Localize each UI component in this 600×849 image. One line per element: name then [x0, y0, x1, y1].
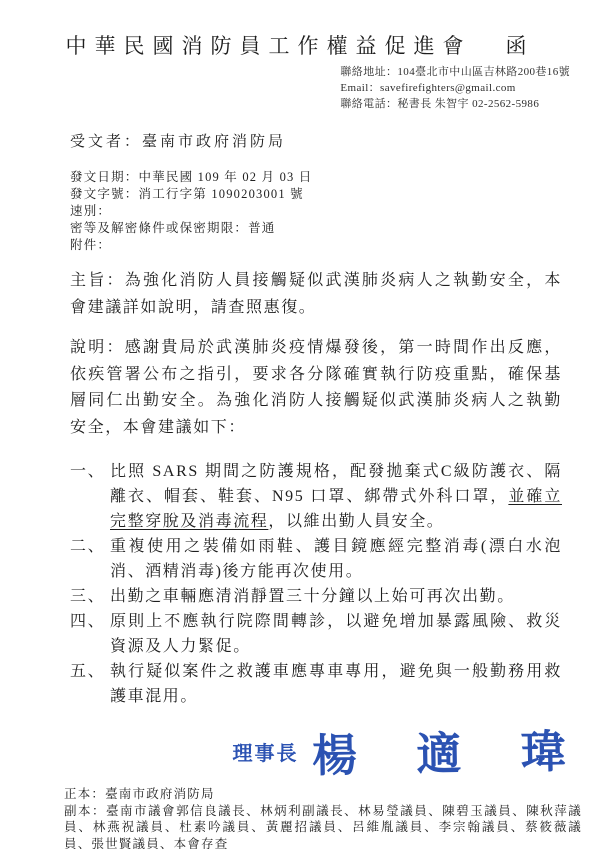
signature-title: 理事長: [232, 737, 298, 766]
list-item-text: 出勤之車輛應清消靜置三十分鐘以上始可再次出勤。: [110, 584, 562, 609]
list-item-text: 重複使用之裝備如雨鞋、護目鏡應經完整消毒(漂白水泡消、酒精消毒)後方能再次使用。: [110, 534, 562, 584]
contact-phone: 聯絡電話：秘書長 朱智宇 02-2562-5986: [340, 96, 570, 112]
list-item-number: 二、: [70, 534, 110, 584]
list-item-text-pre: 比照 SARS 期間之防護規格，配發拋棄式C級防護衣、隔離衣、帽套、鞋套、N95…: [110, 463, 562, 505]
list-item-number: 四、: [70, 609, 110, 659]
list-item: 三、 出勤之車輛應清消靜置三十分鐘以上始可再次出勤。: [70, 584, 562, 609]
list-item: 四、 原則上不應執行院際間轉診，以避免增加暴露風險、救災資源及人力緊促。: [70, 609, 562, 659]
official-letter-page: 中華民國消防員工作權益促進會 函 聯絡地址：104臺北市中山區吉林路200巷16…: [0, 0, 600, 849]
description-paragraph: 說明：感謝貴局於武漢肺炎疫情爆發後，第一時間作出反應，依疾管署公布之指引，要求各…: [70, 335, 562, 441]
meta-speed: 速別：: [70, 203, 600, 220]
signature-name: 楊 適 瑋: [312, 715, 591, 785]
contact-email: Email：savefirefighters@gmail.com: [340, 80, 570, 96]
list-item-number: 五、: [70, 659, 110, 709]
org-title: 中華民國消防員工作權益促進會: [66, 30, 472, 60]
list-item: 二、 重複使用之裝備如雨鞋、護目鏡應經完整消毒(漂白水泡消、酒精消毒)後方能再次…: [70, 534, 562, 584]
list-item-text: 比照 SARS 期間之防護規格，配發拋棄式C級防護衣、隔離衣、帽套、鞋套、N95…: [110, 459, 562, 534]
suggestion-list: 一、 比照 SARS 期間之防護規格，配發拋棄式C級防護衣、隔離衣、帽套、鞋套、…: [70, 459, 562, 709]
chairman-signature-stamp: 理事長 楊 適 瑋: [0, 717, 566, 782]
contact-address: 聯絡地址：104臺北市中山區吉林路200巷16號: [340, 64, 570, 80]
meta-attachment: 附件：: [70, 237, 600, 254]
list-item: 一、 比照 SARS 期間之防護規格，配發拋棄式C級防護衣、隔離衣、帽套、鞋套、…: [70, 459, 562, 534]
list-item-text-post: ，以維出勤人員安全。: [268, 513, 444, 530]
contact-block: 聯絡地址：104臺北市中山區吉林路200巷16號 Email：savefiref…: [340, 64, 570, 112]
list-item-text: 原則上不應執行院際間轉診，以避免增加暴露風險、救災資源及人力緊促。: [110, 609, 562, 659]
carbon-copy-line: 副本：臺南市議會郭信良議長、林炳利副議長、林易瑩議員、陳碧玉議員、陳秋萍議員、林…: [64, 803, 582, 849]
list-item: 五、 執行疑似案件之救護車應專車專用，避免與一般勤務用救護車混用。: [70, 659, 562, 709]
meta-block: 發文日期：中華民國 109 年 02 月 03 日 發文字號：消工行字第 109…: [70, 169, 600, 254]
meta-issue-date: 發文日期：中華民國 109 年 02 月 03 日: [70, 169, 600, 186]
list-item-text: 執行疑似案件之救護車應專車專用，避免與一般勤務用救護車混用。: [110, 659, 562, 709]
letter-header: 中華民國消防員工作權益促進會 函: [0, 0, 600, 60]
doc-type-label: 函: [506, 30, 535, 60]
list-item-number: 一、: [70, 459, 110, 534]
meta-doc-number: 發文字號：消工行字第 1090203001 號: [70, 186, 600, 203]
list-item-number: 三、: [70, 584, 110, 609]
distribution-block: 正本：臺南市政府消防局 副本：臺南市議會郭信良議長、林炳利副議長、林易瑩議員、陳…: [64, 786, 582, 849]
subject-paragraph: 主旨：為強化消防人員接觸疑似武漢肺炎病人之執勤安全，本會建議詳如說明，請查照惠復…: [70, 268, 562, 321]
original-copy-line: 正本：臺南市政府消防局: [64, 786, 582, 803]
meta-security: 密等及解密條件或保密期限：普通: [70, 220, 600, 237]
recipient-line: 受文者：臺南市政府消防局: [70, 130, 600, 151]
